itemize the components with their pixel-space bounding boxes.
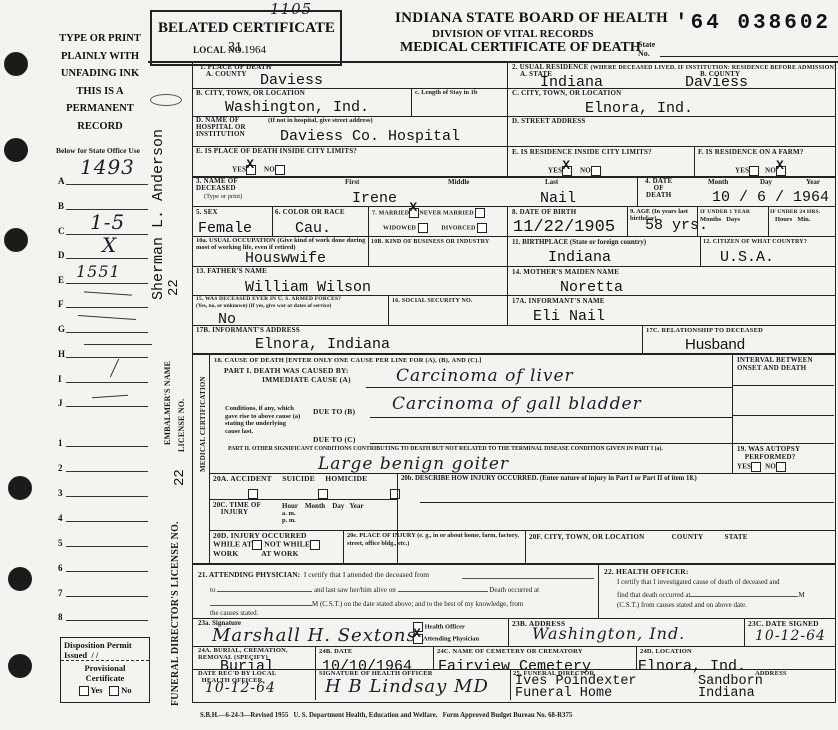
sex-label: 5. SEX xyxy=(196,208,218,216)
informant-address: Elnora, Indiana xyxy=(255,336,390,353)
autopsy-no-checkbox[interactable] xyxy=(776,462,786,472)
pm-label: p. m. xyxy=(282,517,296,525)
date-of-death: 10 / 6 / 1964 xyxy=(712,189,829,206)
funeral-director-address: SandbornIndiana xyxy=(698,676,763,700)
injury-time-label: 20c. TIME OF INJURY xyxy=(213,502,261,516)
recd-date: 10-12-64 xyxy=(205,680,276,696)
health-officer-line1: I certify that I investigated cause of d… xyxy=(617,578,779,586)
date-signed: 10-12-64 xyxy=(755,628,826,644)
certificate-number: '64 038602 xyxy=(675,12,831,35)
instructions: TYPE OR PRINT PLAINLY WITH UNFADING INK … xyxy=(50,30,150,135)
due-to-b: Carcinoma of gall bladder xyxy=(392,394,642,414)
provisional-yes-checkbox[interactable] xyxy=(79,686,89,696)
date-signed-label: 23c. DATE SIGNED xyxy=(748,620,819,628)
part2-label: PART II. OTHER SIGNIFICANT CONDITIONS CO… xyxy=(228,445,663,453)
pod-hospital: Daviess Co. Hospital xyxy=(280,128,460,145)
state-office-label: Below for State Office Use xyxy=(56,147,140,155)
father-label: 13. FATHER'S NAME xyxy=(196,267,267,275)
burial-date-label: 24b. DATE xyxy=(319,648,352,656)
day-label: Day xyxy=(760,178,772,186)
under24-label: IF UNDER 24 HRS. xyxy=(770,208,820,216)
married-checkbox[interactable] xyxy=(409,208,419,218)
last-label: Last xyxy=(545,178,558,186)
age: 58 yrs. xyxy=(645,217,708,234)
part2: Large benign goiter xyxy=(318,454,509,474)
stamp-year: 1964 xyxy=(244,44,266,56)
res-inside-no-checkbox[interactable] xyxy=(591,166,601,176)
punch-hole-icon xyxy=(4,138,28,162)
business-label: 10b. KIND OF BUSINESS OR INDUSTRY xyxy=(371,238,490,246)
location-label: 24d. LOCATION xyxy=(640,648,692,656)
state-no-label: State No. xyxy=(638,40,660,58)
month-label: Month xyxy=(708,178,728,186)
pod-hospital-label: d. NAME OF HOSPITAL OR INSTITUTION xyxy=(196,117,276,138)
physician-line2: to and last saw her/him alive on Death o… xyxy=(210,586,539,594)
date-of-death-label: 4. DATEOFDEATH xyxy=(645,178,672,199)
dob-label: 8. DATE OF BIRTH xyxy=(512,208,576,216)
never-married-checkbox[interactable] xyxy=(475,208,485,218)
under1-fields: Months Days xyxy=(700,216,740,224)
ssn-label: 16. SOCIAL SECURITY NO. xyxy=(392,297,473,305)
cause-label: 18. CAUSE OF DEATH [Enter only one cause… xyxy=(214,357,482,365)
citizen-label: 12. CITIZEN OF WHAT COUNTRY? xyxy=(703,238,807,246)
year-label: Year xyxy=(806,178,820,186)
pod-county-label: a. COUNTY xyxy=(206,70,247,78)
deceased-last: Nail xyxy=(540,190,576,207)
header-title: MEDICAL CERTIFICATE OF DEATH xyxy=(400,40,641,56)
deceased-first: Irene xyxy=(352,190,397,207)
physician-line3: M (C.S.T.) on the date stated above; and… xyxy=(210,600,523,608)
occupation-label: 10a. USUAL OCCUPATION (Give kind of work… xyxy=(196,237,368,251)
embalmer-license-label: LICENSE No. xyxy=(178,399,186,452)
res-farm-label: f. IS RESIDENCE ON A FARM? xyxy=(698,148,804,156)
citizen: U.S.A. xyxy=(720,249,774,266)
occupation: Houswwife xyxy=(245,250,326,267)
under24-fields: Hours Min. xyxy=(775,216,810,224)
res-farm-no-checkbox[interactable] xyxy=(776,166,786,176)
disposition-box: Disposition Permit Issued / / Provisiona… xyxy=(60,637,150,703)
interval-label: INTERVAL BETWEENONSET AND DEATH xyxy=(737,356,813,372)
birthplace-label: 11. BIRTHPLACE (State or foreign country… xyxy=(512,238,646,246)
provisional-no-checkbox[interactable] xyxy=(109,686,119,696)
due-to-c-label: DUE TO (c) xyxy=(313,436,356,444)
funeral-director-license: 22 xyxy=(172,469,188,486)
residence-label: 2. USUAL RESIDENCE (Where deceased lived… xyxy=(512,63,836,72)
relationship-label: 17c. RELATIONSHIP TO DECEASED xyxy=(646,327,763,335)
injury-occurred-label: 20d. INJURY OCCURRED WHILE AT NOT WHILE … xyxy=(213,532,320,558)
injury-type-label: 20a. ACCIDENT SUICIDE HOMICIDE xyxy=(213,475,367,483)
while-at-work-checkbox[interactable] xyxy=(252,540,262,550)
punch-hole-icon xyxy=(8,654,32,678)
widowed-checkbox[interactable] xyxy=(418,223,428,233)
dob: 11/22/1905 xyxy=(513,218,615,237)
belated-stamp xyxy=(150,10,342,66)
mother: Noretta xyxy=(560,279,623,296)
part1-label: PART I. DEATH WAS CAUSED BY: xyxy=(224,367,349,375)
race-label: 6. COLOR OR RACE xyxy=(275,208,345,216)
funeral-director-license-label: FUNERAL DIRECTOR'S LICENSE No. xyxy=(172,521,180,706)
physician-line1: 21. ATTENDING PHYSICIAN: I certify that … xyxy=(198,571,429,579)
embalmer-name: Sherman L. Anderson xyxy=(150,129,167,300)
code-a-value: 1493 xyxy=(80,155,135,179)
injury-place-label: 20e. PLACE OF INJURY (e. g., in or about… xyxy=(347,532,525,548)
pod-inside-city-label: e. IS PLACE OF DEATH INSIDE CITY LIMITS? xyxy=(196,147,357,155)
name-label: 3. NAME OF DECEASED xyxy=(196,178,256,192)
pod-inside-city: YES NO xyxy=(232,165,285,175)
res-farm: YES NO xyxy=(735,166,786,176)
father: William Wilson xyxy=(245,279,371,296)
belated-stamp-text: BELATED CERTIFICATE xyxy=(158,20,335,37)
embalmer-license: 22 xyxy=(166,279,182,296)
informant-label: 17a. INFORMANT'S NAME xyxy=(512,297,605,305)
birthplace: Indiana xyxy=(548,249,611,266)
pod-stay-label: c. Length of Stay in 1b xyxy=(415,89,477,97)
injury-city-label: 20f. CITY, TOWN, OR LOCATION COUNTY STAT… xyxy=(529,533,748,541)
punch-hole-icon xyxy=(8,567,32,591)
informant-address-label: 17b. INFORMANT'S ADDRESS xyxy=(196,326,300,334)
ho-signature: H B Lindsay MD xyxy=(325,676,489,697)
marital-status-row2: WIDOWED DIVORCED xyxy=(383,223,487,233)
sex: Female xyxy=(198,220,252,237)
physician-line4: the causes stated. xyxy=(210,609,258,617)
pod-city: Washington, Ind. xyxy=(225,99,369,116)
res-street-label: d. STREET ADDRESS xyxy=(512,117,586,125)
pod-inside-yes-checkbox[interactable] xyxy=(246,165,256,175)
pod-city-label: b. CITY, TOWN, OR LOCATION xyxy=(196,89,305,97)
armed-note: (Yes, no, or unknown) (If yes, give war … xyxy=(196,302,331,310)
local-no-value: 31 xyxy=(228,40,242,56)
physician-address: Washington, Ind. xyxy=(532,624,685,643)
immediate-label: IMMEDIATE CAUSE (a) xyxy=(262,376,351,384)
first-label: First xyxy=(345,178,359,186)
name-note: (Type or print) xyxy=(204,193,242,201)
res-city: Elnora, Ind. xyxy=(585,100,693,117)
pod-inside-no-checkbox[interactable] xyxy=(275,165,285,175)
res-inside-yes-checkbox[interactable] xyxy=(562,166,572,176)
cemetery-label: 24c. NAME OF CEMETERY OR CREMATORY xyxy=(437,648,583,656)
mother-label: 14. MOTHER'S MAIDEN NAME xyxy=(512,268,619,276)
embalmer-label: EMBALMER'S NAME xyxy=(164,361,172,445)
autopsy-yes-checkbox[interactable] xyxy=(751,462,761,472)
footer: S.B.H.—6-24-3—Revised 1955 U. S. Departm… xyxy=(200,712,572,720)
punch-hole-icon xyxy=(4,52,28,76)
role-attending: Attending Physician xyxy=(413,634,479,644)
burial-location: Elnora, Ind. xyxy=(638,658,746,675)
autopsy-label: 19. WAS AUTOPSY PERFORMED? xyxy=(737,445,800,461)
informant: Eli Nail xyxy=(533,308,605,325)
divorced-checkbox[interactable] xyxy=(477,223,487,233)
physician-signature: Marshall H. Sextons xyxy=(212,625,417,646)
immediate-cause: Carcinoma of liver xyxy=(396,366,574,386)
race: Cau. xyxy=(295,220,331,237)
due-to-b-label: DUE TO (b) xyxy=(313,408,355,416)
injury-describe-label: 20b. DESCRIBE HOW INJURY OCCURRED. (Ente… xyxy=(401,475,697,483)
autopsy-options: YES NO xyxy=(737,462,786,472)
punch-hole-icon xyxy=(4,228,28,252)
header-division: DIVISION OF VITAL RECORDS xyxy=(432,28,593,40)
attending-physician-checkbox[interactable] xyxy=(413,634,423,644)
health-officer-line3: (C.S.T.) from causes stated and on above… xyxy=(617,601,747,609)
marital-status: 7. MARRIEDNEVER MARRIED xyxy=(372,208,485,218)
pod-hospital-note: (If not in hospital, give street address… xyxy=(268,117,373,125)
seal-icon xyxy=(150,94,182,106)
code-d-value: X xyxy=(102,233,117,257)
suicide-checkbox[interactable] xyxy=(318,489,328,499)
pod-county: Daviess xyxy=(260,72,323,89)
homicide-checkbox[interactable] xyxy=(390,489,400,499)
injury-time-fields: Hour Month Day Year xyxy=(282,502,364,510)
code-c-value: 1-5 xyxy=(90,210,125,234)
res-city-label: c. CITY, TOWN, OR LOCATION xyxy=(512,89,621,97)
code-e-value: 1551 xyxy=(76,262,121,281)
stamp-handwritten: 1105 xyxy=(270,0,312,18)
health-officer-line2: find that death occurred atM xyxy=(617,591,805,599)
conditions-note: Conditions, if any, which gave rise to a… xyxy=(225,405,301,435)
res-inside-city-label: e. IS RESIDENCE INSIDE CITY LIMITS? xyxy=(512,148,652,156)
under1-label: IF UNDER 1 YEAR xyxy=(700,208,750,216)
middle-label: Middle xyxy=(448,178,469,186)
accident-checkbox[interactable] xyxy=(248,489,258,499)
res-inside-city: YES NO xyxy=(548,166,601,176)
punch-hole-icon xyxy=(8,476,32,500)
header-agency: INDIANA STATE BOARD OF HEALTH xyxy=(395,10,668,27)
not-at-work-checkbox[interactable] xyxy=(310,540,320,550)
health-officer-label: 22. HEALTH OFFICER: xyxy=(604,568,689,576)
res-farm-yes-checkbox[interactable] xyxy=(749,166,759,176)
relationship: Husband xyxy=(685,336,745,353)
funeral-director-name: Ives PoindexterFuneral Home xyxy=(515,676,637,700)
